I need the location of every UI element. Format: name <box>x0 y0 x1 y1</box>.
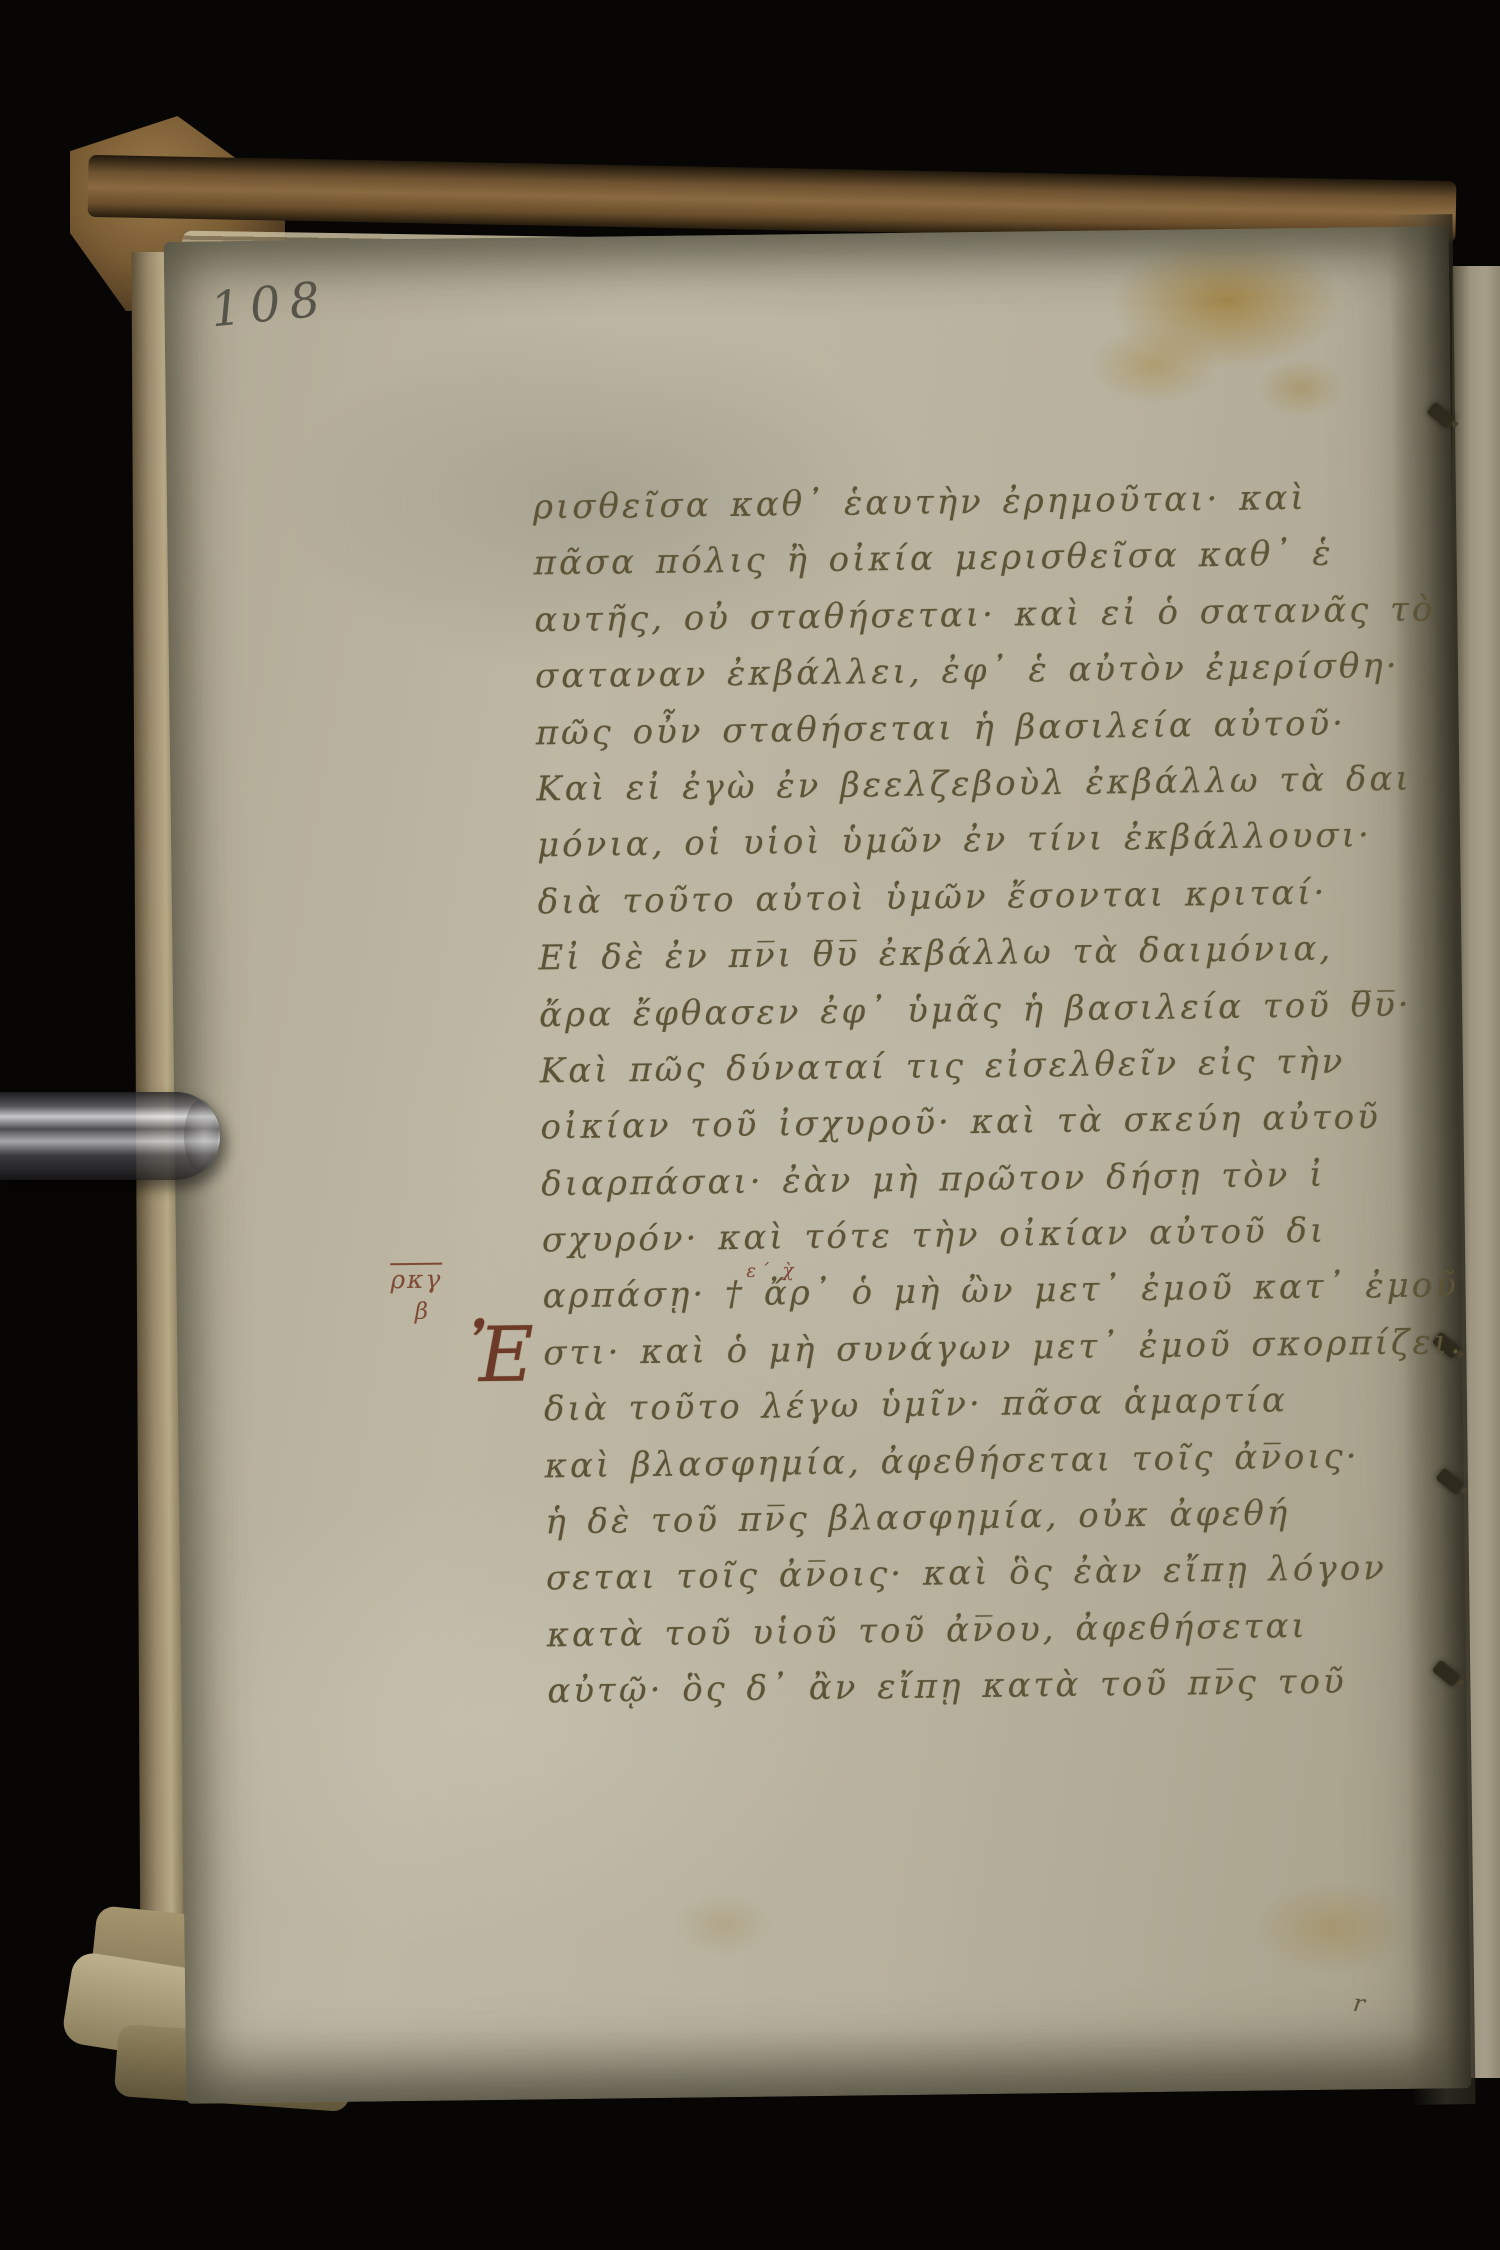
manuscript-text-line: ἡ δὲ τοῦ πν̅ς βλασφημία, οὐκ ἀφεθή <box>545 1484 1376 1551</box>
manuscript-page: 108 ρισθεῖσα καθ᾽ ἑαυτὴν ἐρημοῦται· καὶπ… <box>164 226 1472 2104</box>
large-initial: Ἐ <box>469 1309 535 1399</box>
margin-subscript: β <box>415 1299 429 1325</box>
manuscript-text-line: σαταναν ἐκβάλλει, ἐφ᾽ ἑ αὐτὸν ἐμερίσθη· <box>535 638 1366 705</box>
manuscript-text-line: πᾶσα πόλις ἢ οἰκία μερισθεῖσα καθ᾽ ἑ <box>533 526 1364 593</box>
margin-chapter-number: ρκγ <box>390 1265 442 1295</box>
glass-weight-rod[interactable] <box>0 1092 220 1180</box>
ink-mark: r <box>1352 1989 1367 2018</box>
manuscript-text-line: Καὶ εἰ ἐγὼ ἐν βεελζεβοὺλ ἐκβάλλω τὰ δαι <box>536 751 1367 818</box>
manuscript-photo: 108 ρισθεῖσα καθ᾽ ἑαυτὴν ἐρημοῦται· καὶπ… <box>0 0 1500 2250</box>
manuscript-text-line: Εἰ δὲ ἐν πν̅ι θ̅υ̅ ἐκβάλλω τὰ δαιμόνια, <box>538 920 1369 987</box>
manuscript-text-line: σεται τοῖς ἀν̅οις· καὶ ὃς ἐὰν εἴπῃ λόγον <box>546 1541 1377 1608</box>
manuscript-text-line: διὰ τοῦτο αὐτοὶ ὑμῶν ἔσονται κριταί· <box>537 864 1368 931</box>
manuscript-text-line: κατὰ τοῦ υἱοῦ τοῦ ἀν̅ου, ἀφεθήσεται <box>546 1597 1377 1664</box>
manuscript-text-line: καὶ βλασφημία, ἀφεθήσεται τοῖς ἀν̅οις· <box>544 1428 1375 1495</box>
manuscript-text-line: σχυρόν· καὶ τότε τὴν οἰκίαν αὐτοῦ δι <box>542 1202 1373 1269</box>
manuscript-text-line: Καὶ πῶς δύναταί τις εἰσελθεῖν εἰς τὴν <box>539 1033 1370 1100</box>
manuscript-text-line: αρπάσῃ· † ἄρ᾽ ὁ μὴ ὢν μετ᾽ ἐμοῦ κατ᾽ ἐμο… <box>542 1259 1373 1326</box>
manuscript-text-line: διαρπάσαι· ἐὰν μὴ πρῶτον δήσῃ τὸν ἰ <box>541 1146 1372 1213</box>
interlinear-lection-mark: ε΄ χ̀ <box>746 1260 798 1282</box>
manuscript-text-line: μόνια, οἱ υἱοὶ ὑμῶν ἐν τίνι ἐκβάλλουσι· <box>537 808 1368 875</box>
text-block: ρισθεῖσα καθ᾽ ἑαυτὴν ἐρημοῦται· καὶπᾶσα … <box>533 469 1378 1720</box>
manuscript-text-line: διὰ τοῦτο λέγω ὑμῖν· πᾶσα ἁμαρτία <box>544 1371 1375 1438</box>
manuscript-text-line: ἄρα ἔφθασεν ἐφ᾽ ὑμᾶς ἡ βασιλεία τοῦ θ̅υ̅… <box>539 977 1370 1044</box>
manuscript-text-line: πῶς οὖν σταθήσεται ἡ βασιλεία αὐτοῦ· <box>535 695 1366 762</box>
manuscript-text-line: ρισθεῖσα καθ᾽ ἑαυτὴν ἐρημοῦται· καὶ <box>533 469 1364 536</box>
manuscript-text-line: αυτῆς, οὐ σταθήσεται· καὶ εἰ ὁ σατανᾶς τ… <box>534 582 1365 649</box>
folio-number: 108 <box>208 271 332 339</box>
manuscript-text-line: στι· καὶ ὁ μὴ συνάγων μετ᾽ ἐμοῦ σκορπίζε… <box>543 1315 1374 1382</box>
manuscript-text-line: αὐτῷ· ὃς δ᾽ ἂν εἴπῃ κατὰ τοῦ πν̅ς τοῦ <box>547 1653 1378 1720</box>
manuscript-text-line: οἰκίαν τοῦ ἰσχυροῦ· καὶ τὰ σκεύη αὐτοῦ <box>540 1090 1371 1157</box>
